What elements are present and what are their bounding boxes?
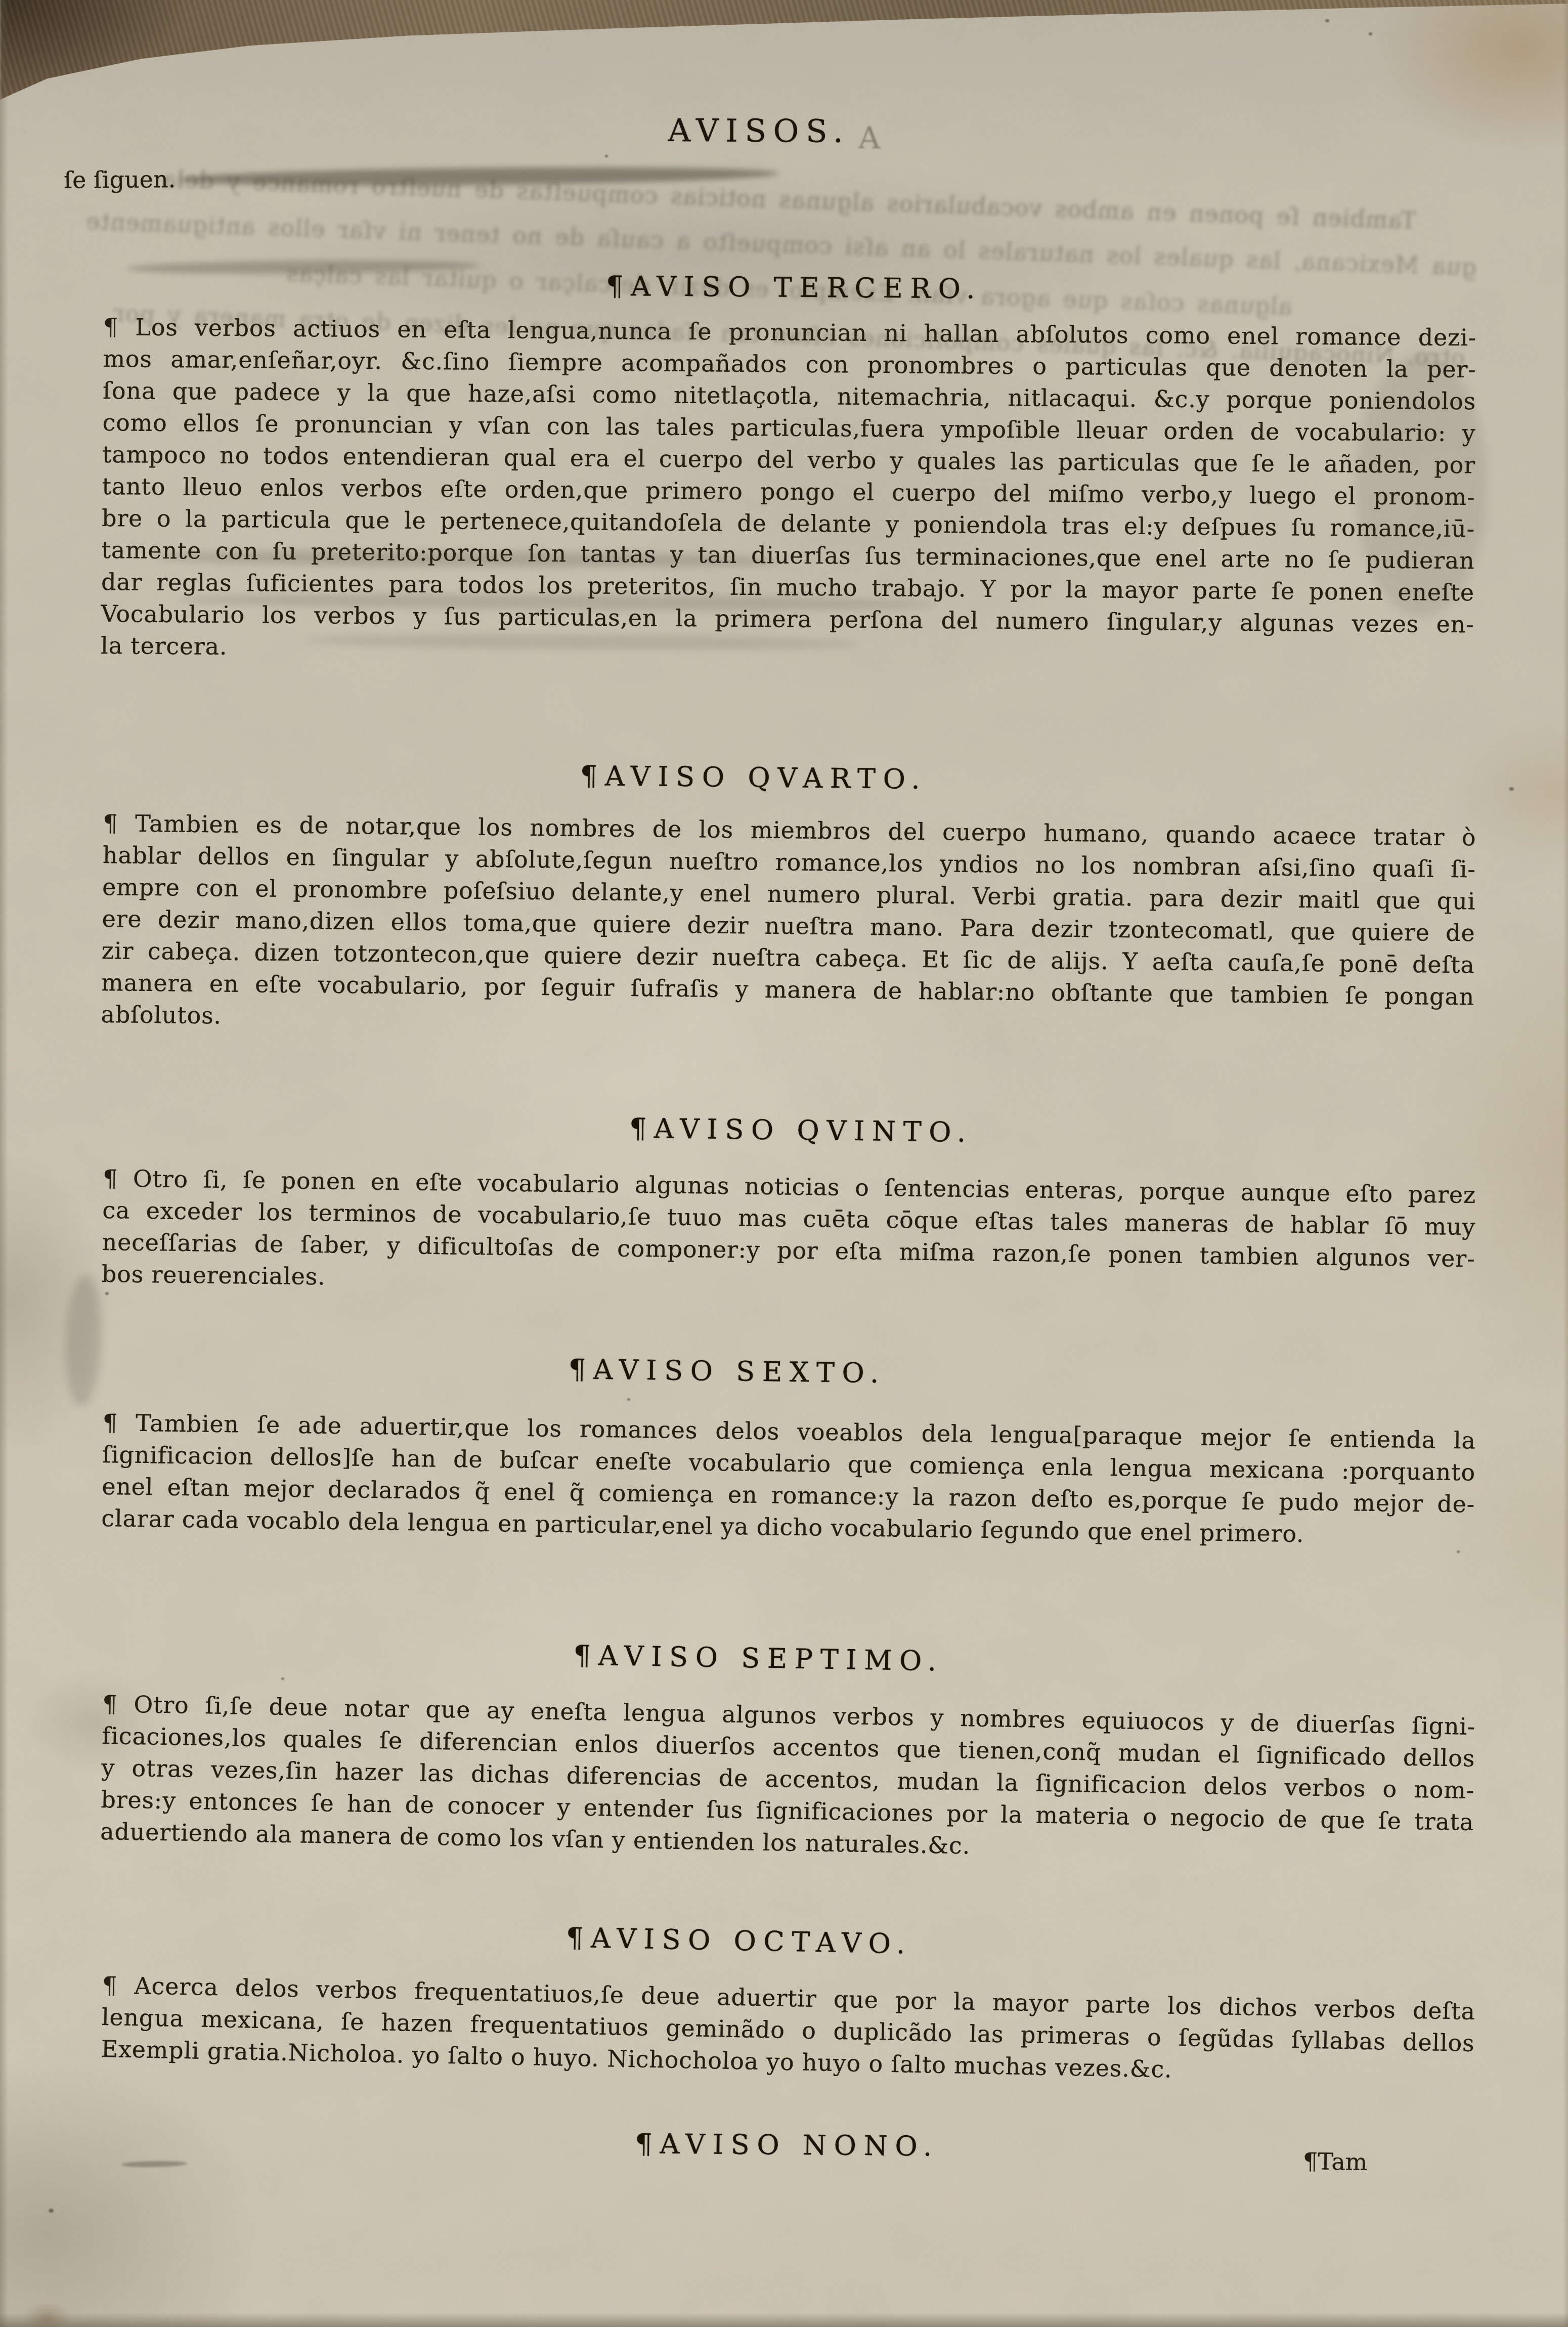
ink-speck	[605, 155, 608, 157]
top-catchline: ſe ſiguen.	[64, 165, 176, 194]
ink-smudge	[63, 1274, 103, 1407]
aviso-section: ¶AVISO SEXTO.¶ Tambien ſe ade aduertir,q…	[101, 1345, 1477, 1553]
ink-speck	[49, 2209, 54, 2213]
aviso-heading: ¶AVISO QVARTO.	[67, 752, 1441, 803]
left-edge-shadow	[0, 0, 8, 2327]
aviso-heading: ¶AVISO QVINTO.	[114, 1103, 1488, 1157]
bottom-edge-shadow	[0, 2313, 1568, 2327]
aviso-heading: ¶AVISO SEXTO.	[40, 1344, 1414, 1399]
aviso-section: ¶AVISO TERCERO.¶ Los verbos actiuos en e…	[101, 264, 1477, 672]
ink-speck	[1369, 32, 1372, 35]
paragraph: ¶ Otro ſi, ſe ponen en eſte vocabulario …	[101, 1162, 1476, 1307]
paragraph: ¶ Acerca delos verbos frequentatiuos,ſe …	[101, 1969, 1475, 2091]
ink-speck	[1509, 787, 1514, 791]
right-edge-shadow	[1563, 0, 1568, 2327]
bottom-catchword: ¶Tam	[1303, 2147, 1368, 2176]
ink-speck	[1325, 19, 1329, 22]
paragraph: ¶ Otro ſi,ſe deue notar que ay eneſta le…	[100, 1688, 1476, 1870]
paragraph: ¶ Tambien ſe ade aduertir,que los romanc…	[101, 1407, 1476, 1553]
running-title: AVISOS.	[72, 109, 1446, 153]
aviso-heading: ¶AVISO OCTAVO.	[53, 1909, 1426, 1973]
aviso-heading: ¶AVISO NONO.	[100, 2121, 1474, 2170]
aviso-section: ¶AVISO QVINTO.¶ Otro ſi, ſe ponen en eſt…	[101, 1103, 1476, 1307]
aviso-heading: ¶AVISO SEPTIMO.	[72, 1628, 1446, 1689]
ghost-letter-offset: A	[858, 120, 881, 156]
paragraph: ¶ Tambien es de notar,que los nombres de…	[101, 807, 1476, 1045]
aviso-section: ¶AVISO OCTAVO.¶ Acerca delos verbos freq…	[101, 1910, 1476, 2091]
aviso-section: ¶AVISO QVARTO.¶ Tambien es de notar,que …	[101, 752, 1477, 1045]
torn-top-edge	[0, 0, 1568, 106]
book-page: Tambien ſe ponen en ambos vocabularios a…	[0, 0, 1568, 2327]
paragraph: ¶ Los verbos actiuos en eſta lengua,nunc…	[101, 311, 1476, 672]
aviso-section: ¶AVISO NONO.	[103, 2121, 1477, 2170]
ink-smudge	[121, 2161, 187, 2168]
aviso-section: ¶AVISO SEPTIMO.¶ Otro ſi,ſe deue notar q…	[100, 1629, 1477, 1870]
ink-speck	[105, 1292, 109, 1295]
